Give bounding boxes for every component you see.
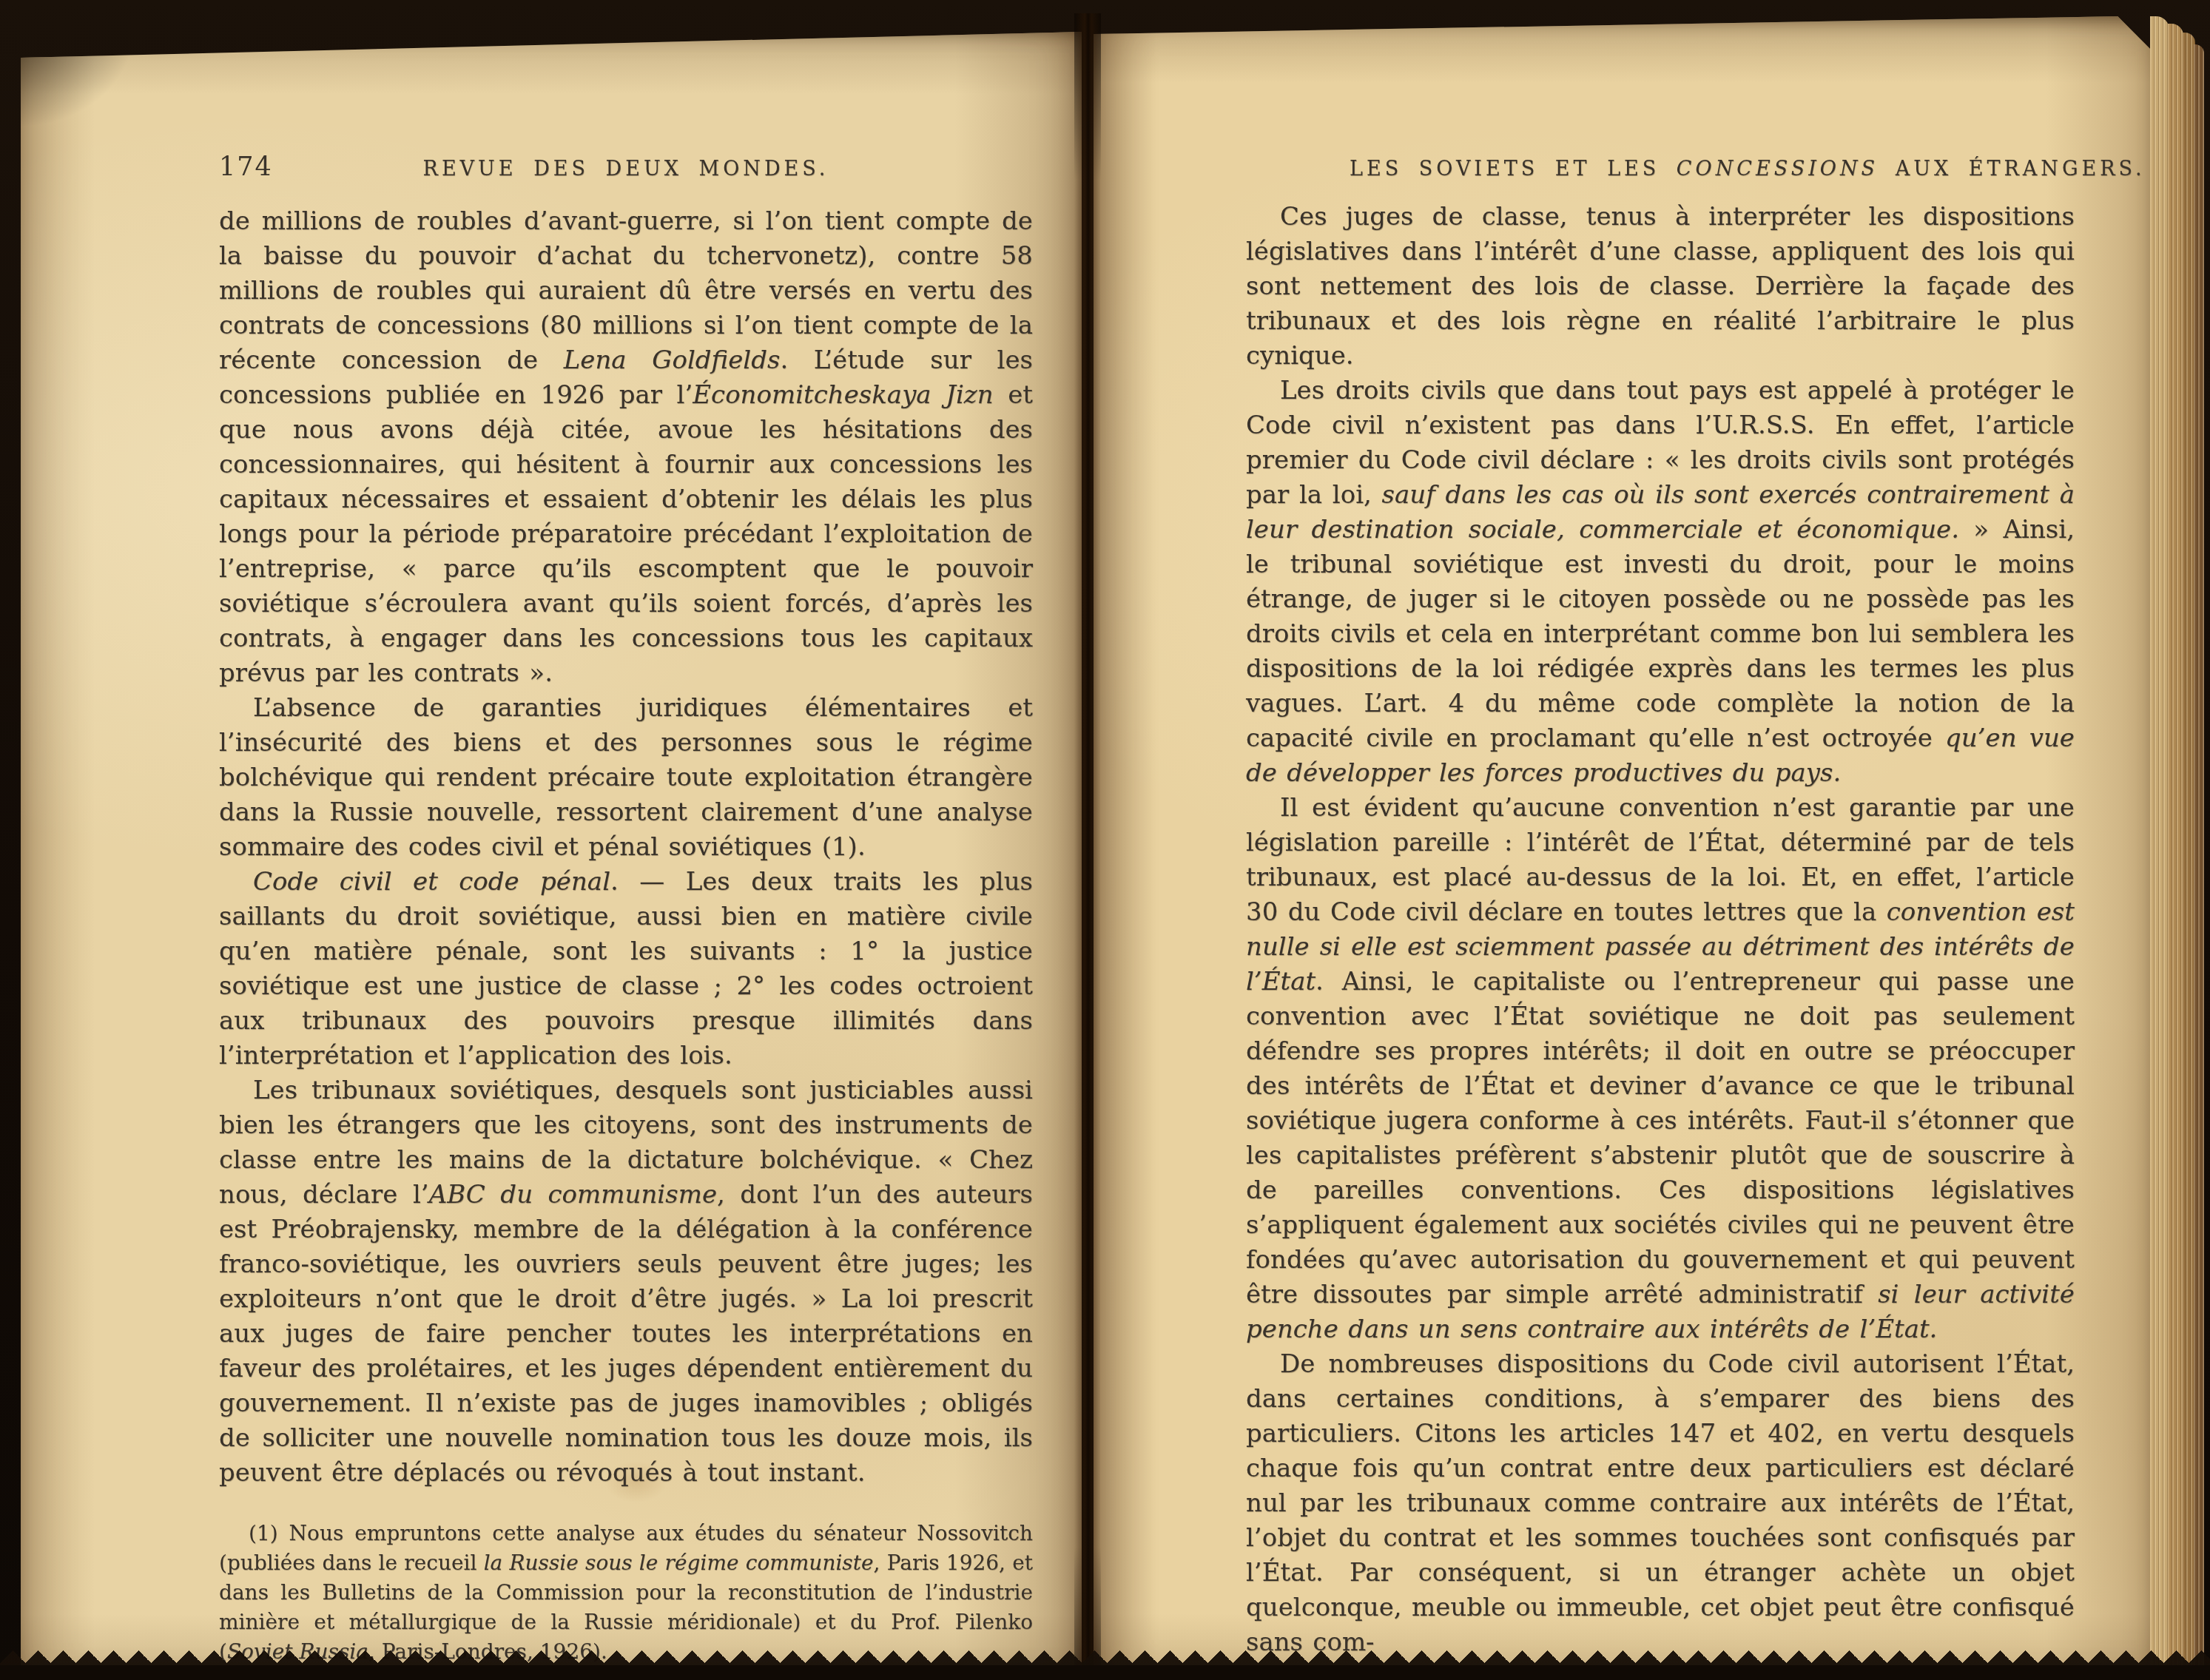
page-edge-strip xyxy=(2168,24,2183,1677)
paragraph: Les tribunaux soviétiques, desquels sont… xyxy=(219,1073,1033,1491)
footnote: (1) Nous empruntons cette analyse aux ét… xyxy=(219,1519,1033,1667)
paragraph: Code civil et code pénal. — Les deux tra… xyxy=(219,865,1033,1073)
paragraph: Ces juges de classe, tenus à interpréter… xyxy=(1246,200,2075,374)
right-page-header: LES SOVIETS ET LES CONCESSIONS AUX ÉTRAN… xyxy=(1246,152,2075,182)
paragraph: De nombreuses dispositions du Code civil… xyxy=(1246,1347,2075,1660)
bottom-black-band xyxy=(0,1665,2210,1680)
right-running-title: LES SOVIETS ET LES CONCESSIONS AUX ÉTRAN… xyxy=(1350,158,2146,181)
paragraph: Les droits civils que dans tout pays est… xyxy=(1246,374,2075,791)
book-spread: 174 REVUE DES DEUX MONDES. de millions d… xyxy=(0,0,2210,1680)
paragraph: L’absence de garanties juridiques élémen… xyxy=(219,691,1033,865)
fore-edge-page-stack xyxy=(2150,12,2210,1680)
paragraph: de millions de roubles d’avant-guerre, s… xyxy=(219,204,1033,691)
page-edge-strip xyxy=(2194,44,2204,1677)
right-page: LES SOVIETS ET LES CONCESSIONS AUX ÉTRAN… xyxy=(1094,16,2152,1680)
right-body-text: Ces juges de classe, tenus à interpréter… xyxy=(1246,200,2075,1660)
left-page-header: 174 REVUE DES DEUX MONDES. xyxy=(219,152,1033,182)
left-body-text: de millions de roubles d’avant-guerre, s… xyxy=(219,204,1033,1667)
left-running-title: REVUE DES DEUX MONDES. xyxy=(323,158,929,181)
paragraph: Il est évident qu’aucune convention n’es… xyxy=(1246,791,2075,1347)
left-page: 174 REVUE DES DEUX MONDES. de millions d… xyxy=(21,28,1082,1680)
page-corner-shadow xyxy=(21,28,183,176)
left-page-number: 174 xyxy=(219,152,323,182)
page-edge-strip xyxy=(2150,16,2169,1677)
